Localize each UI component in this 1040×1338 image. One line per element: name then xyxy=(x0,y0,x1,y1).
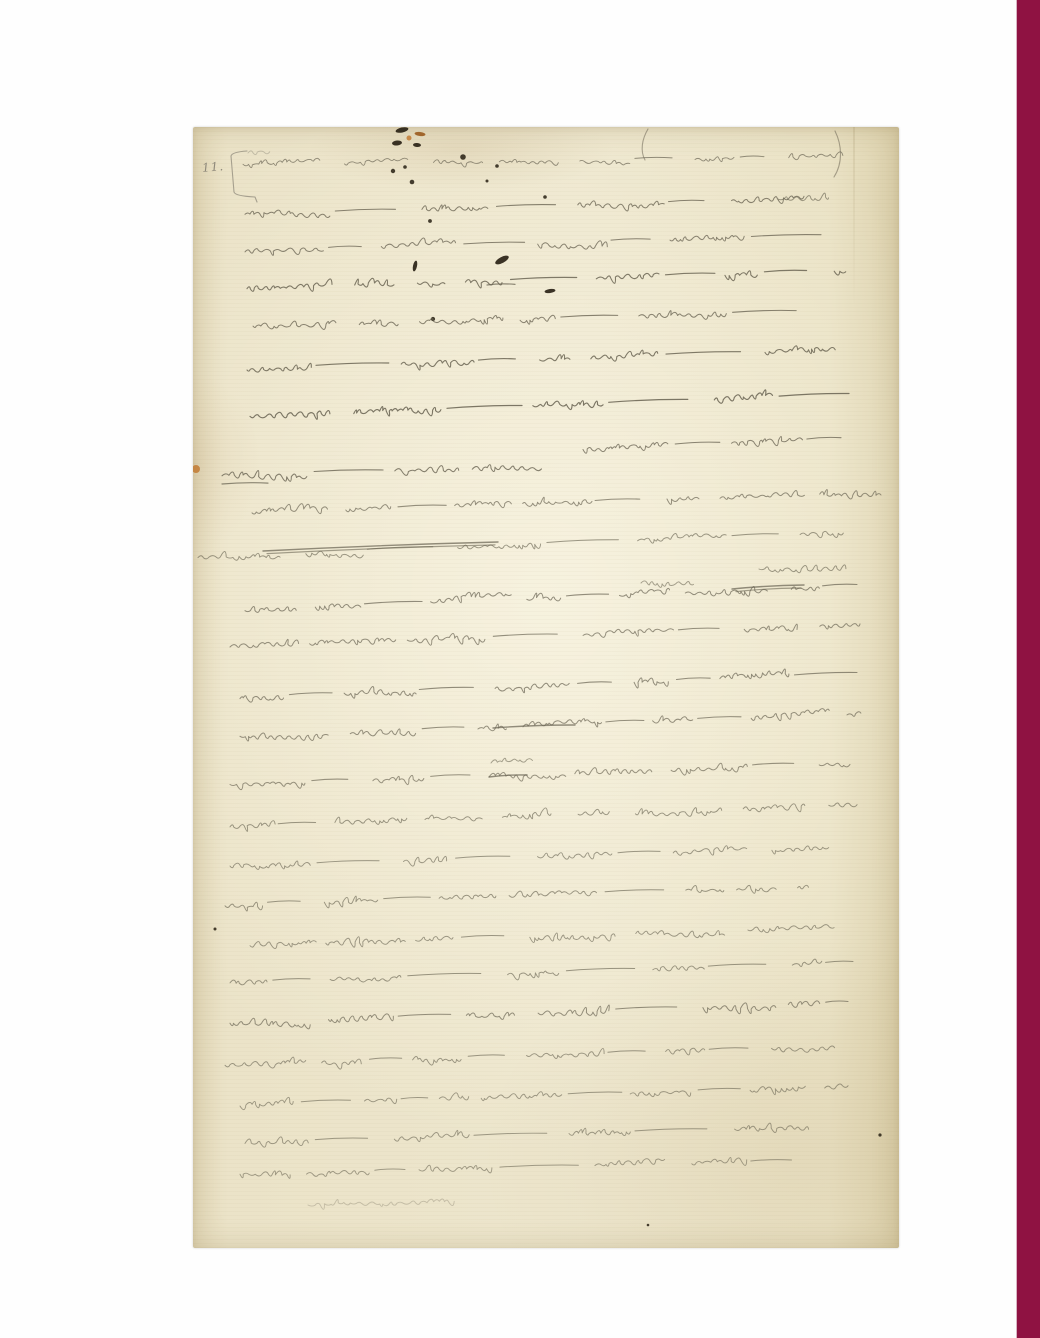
scan-viewer: 11. xyxy=(0,0,1040,1338)
margin-number: 11. xyxy=(201,159,224,175)
accent-bar xyxy=(1016,0,1040,1338)
handwriting-svg xyxy=(193,127,899,1248)
manuscript-page: 11. xyxy=(193,127,899,1248)
